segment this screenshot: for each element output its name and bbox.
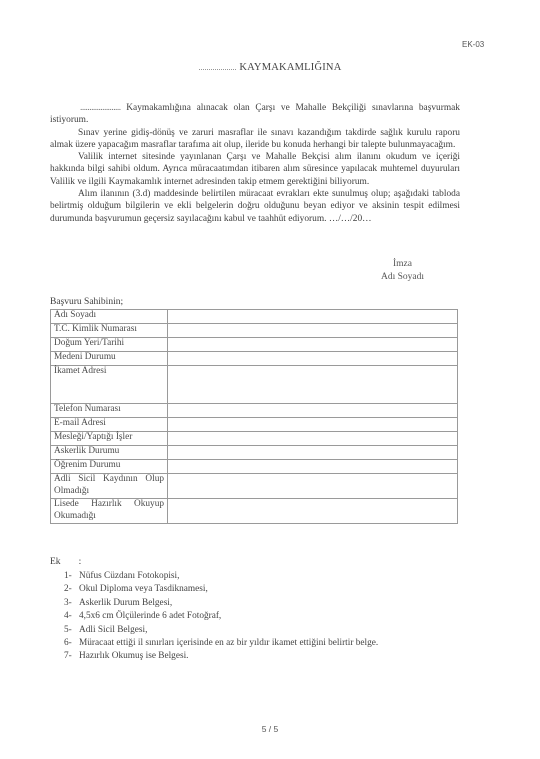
field-value[interactable] xyxy=(168,418,458,432)
list-item: 4-4,5x6 cm Ölçülerinde 6 adet Fotoğraf, xyxy=(64,610,378,623)
applicant-info-table: Adı SoyadıT.C. Kimlik NumarasıDoğum Yeri… xyxy=(50,309,458,524)
item-text: Adli Sicil Belgesi, xyxy=(79,625,147,635)
list-item: 2-Okul Diploma veya Tasdiknamesi, xyxy=(64,583,378,596)
field-value[interactable] xyxy=(168,432,458,446)
name-surname-label: Adı Soyadı xyxy=(360,271,445,284)
table-row: Doğum Yeri/Tarihi xyxy=(51,338,458,352)
field-label: E-mail Adresi xyxy=(51,418,168,432)
list-item: 5-Adli Sicil Belgesi, xyxy=(64,624,378,637)
paragraph-4: Alım ilanının (3.d) maddesinde belirtile… xyxy=(50,188,460,225)
field-label: Doğum Yeri/Tarihi xyxy=(51,338,168,352)
item-number: 7- xyxy=(64,650,79,663)
table-row: Telefon Numarası xyxy=(51,404,458,418)
field-value[interactable] xyxy=(168,324,458,338)
list-item: 6-Müracaat ettiği il sınırları içerisind… xyxy=(64,637,378,650)
field-value[interactable] xyxy=(168,366,458,404)
item-number: 1- xyxy=(64,570,79,583)
item-text: Askerlik Durum Belgesi, xyxy=(79,598,172,608)
item-text: Okul Diploma veya Tasdiknamesi, xyxy=(79,584,208,594)
attachments-heading: Ek: xyxy=(50,557,81,567)
field-label: Medeni Durumu xyxy=(51,352,168,366)
table-row: Öğrenim Durumu xyxy=(51,460,458,474)
field-value[interactable] xyxy=(168,460,458,474)
field-value[interactable] xyxy=(168,446,458,460)
table-row: Lisede Hazırlık Okuyup Okumadığı xyxy=(51,499,458,524)
list-item: 3-Askerlik Durum Belgesi, xyxy=(64,597,378,610)
item-number: 5- xyxy=(64,624,79,637)
signature-block: İmza Adı Soyadı xyxy=(360,258,445,283)
paragraph-1: ...................... Kaymakamlığına al… xyxy=(50,102,460,127)
table-row: E-mail Adresi xyxy=(51,418,458,432)
field-label: Adı Soyadı xyxy=(51,310,168,324)
item-text: Nüfus Cüzdanı Fotokopisi, xyxy=(79,571,179,581)
document-title: ................... KAYMAKAMLIĞINA xyxy=(0,62,540,73)
attachments-list: 1-Nüfus Cüzdanı Fotokopisi,2-Okul Diplom… xyxy=(64,570,378,664)
field-label: T.C. Kimlik Numarası xyxy=(51,324,168,338)
field-value[interactable] xyxy=(168,338,458,352)
field-value[interactable] xyxy=(168,310,458,324)
field-label: Askerlik Durumu xyxy=(51,446,168,460)
field-value[interactable] xyxy=(168,352,458,366)
field-label: Telefon Numarası xyxy=(51,404,168,418)
attachments-colon: : xyxy=(79,557,82,567)
list-item: 7-Hazırlık Okumuş ise Belgesi. xyxy=(64,650,378,663)
table-row: Adı Soyadı xyxy=(51,310,458,324)
item-number: 6- xyxy=(64,637,79,650)
list-item: 1-Nüfus Cüzdanı Fotokopisi, xyxy=(64,570,378,583)
field-value[interactable] xyxy=(168,404,458,418)
table-row: Medeni Durumu xyxy=(51,352,458,366)
title-text: KAYMAKAMLIĞINA xyxy=(239,62,341,73)
item-text: Müracaat ettiği il sınırları içerisinde … xyxy=(79,638,378,648)
petition-body: ...................... Kaymakamlığına al… xyxy=(50,102,460,225)
paragraph-3: Valilik internet sitesinde yayınlanan Ça… xyxy=(50,151,460,188)
item-number: 3- xyxy=(64,597,79,610)
table-row: İkamet Adresi xyxy=(51,366,458,404)
title-leader: ................... xyxy=(199,63,237,72)
table-row: Askerlik Durumu xyxy=(51,446,458,460)
table-row: T.C. Kimlik Numarası xyxy=(51,324,458,338)
annex-code: EK-03 xyxy=(462,40,484,49)
field-label: Lisede Hazırlık Okuyup Okumadığı xyxy=(51,499,168,524)
field-value[interactable] xyxy=(168,499,458,524)
field-label: Adli Sicil Kaydının Olup Olmadığı xyxy=(51,474,168,499)
signature-label: İmza xyxy=(360,258,445,271)
blank-leader: ...................... xyxy=(80,103,121,113)
attachments-label: Ek xyxy=(50,557,61,567)
field-label: İkamet Adresi xyxy=(51,366,168,404)
item-number: 2- xyxy=(64,583,79,596)
paragraph-2: Sınav yerine gidiş-dönüş ve zaruri masra… xyxy=(50,127,460,152)
field-label: Mesleği/Yaptığı İşler xyxy=(51,432,168,446)
applicant-heading: Başvuru Sahibinin; xyxy=(50,297,123,307)
page-number: 5 / 5 xyxy=(0,724,540,734)
item-number: 4- xyxy=(64,610,79,623)
field-value[interactable] xyxy=(168,474,458,499)
field-label: Öğrenim Durumu xyxy=(51,460,168,474)
table-row: Adli Sicil Kaydının Olup Olmadığı xyxy=(51,474,458,499)
table-row: Mesleği/Yaptığı İşler xyxy=(51,432,458,446)
item-text: Hazırlık Okumuş ise Belgesi. xyxy=(79,651,188,661)
item-text: 4,5x6 cm Ölçülerinde 6 adet Fotoğraf, xyxy=(79,611,221,621)
